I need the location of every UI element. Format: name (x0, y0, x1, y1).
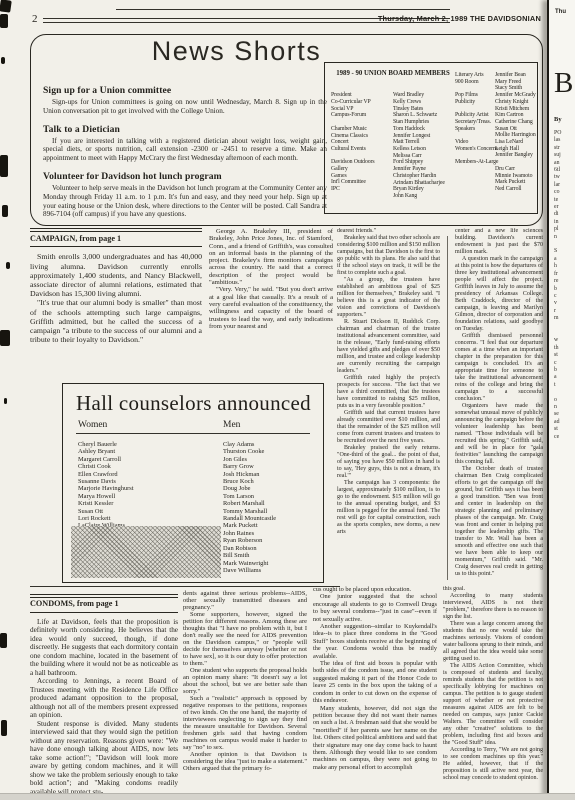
counselor-name: Bill Smith (223, 552, 276, 559)
counselor-name: Kristi Kessler (78, 500, 134, 507)
scan-artifact (1, 57, 5, 64)
news-item: Sign up for a Union committee Sign-ups f… (43, 85, 327, 116)
news-item-body: Volunteer to help serve meals in the Dav… (43, 184, 327, 219)
union-board-title: 1989 - 90 UNION BOARD MEMBERS (331, 68, 455, 92)
counselor-name: Doug Jobe (223, 485, 276, 492)
board-role: President (331, 92, 393, 99)
board-role: Publicity Artist (455, 112, 495, 119)
counselor-name: Bruce Koch (223, 478, 276, 485)
text-fragment (554, 323, 575, 330)
board-role (331, 153, 393, 160)
board-role (455, 179, 495, 186)
adjacent-byline-fragment: By (554, 116, 575, 123)
board-member: Jennifer McGrady (495, 92, 536, 99)
board-member: Christopher Hardin (393, 173, 455, 180)
women-header: Women (78, 420, 107, 430)
paragraph: center and a new life sciences building.… (455, 228, 543, 256)
text-fragment: S (554, 248, 575, 255)
counselor-name: Cheryl Bauerle (78, 441, 134, 448)
counselor-name: Ellen Crawford (78, 471, 134, 478)
board-member: Jennifer Bangley (495, 152, 536, 159)
counselor-name: Robert Marshall (223, 500, 276, 507)
board-member: Mark Puckett (495, 179, 536, 186)
news-shorts-box: News Shorts Sign up for a Union committe… (30, 34, 543, 226)
text-fragment: PO (554, 130, 575, 137)
paragraph: Griffith said that current trustees have… (337, 410, 440, 445)
board-member: Jennifer Bean (495, 72, 536, 79)
paragraph: Another opinion is that Davidson is cons… (183, 751, 307, 772)
text-fragment: er (554, 204, 575, 211)
board-member: Melissa Carr (393, 153, 455, 160)
board-role (455, 186, 495, 193)
paragraph: According to Terry, "We are not going to… (443, 747, 543, 782)
text-fragment: o (554, 397, 575, 404)
paragraph: Another suggestion--similar to Kuykendal… (313, 623, 437, 660)
campaign-article: CAMPAIGN, from page 1 Smith enrolls 3,00… (30, 228, 543, 588)
text-fragment (554, 330, 575, 337)
text-fragment: pl (554, 226, 575, 233)
paragraph: There was a large concern among the stud… (443, 621, 543, 663)
scan-artifact (0, 633, 7, 648)
board-member: Mollie Harrington (495, 132, 536, 139)
board-member: Jennifer Longest (393, 133, 455, 140)
adjacent-headline-fragment: B (554, 67, 575, 100)
paragraph: One junior suggested that the school enc… (313, 593, 437, 623)
condoms-column-4: this goal.According to many students int… (443, 586, 543, 794)
paragraph: this goal. (443, 586, 543, 593)
scan-artifact (6, 262, 10, 269)
union-board-roles-col1: PresidentCo-Curricular VPSocial VPCampus… (331, 92, 393, 210)
condoms-col1-text: Life at Davidson, feels that the proposi… (30, 618, 178, 794)
news-item-body: If you are interested in talking with a … (43, 137, 327, 163)
board-role: Int'l Committee (331, 179, 393, 186)
text-fragment: a (554, 374, 575, 381)
board-member: Dru Carr (495, 166, 536, 173)
hatch-pattern (71, 526, 221, 578)
board-role: Davidson Outdoors (331, 159, 393, 166)
board-member: Lisa LeNard (495, 139, 536, 146)
text-fragment: b (554, 286, 575, 293)
counselor-name: Barry Grow (223, 463, 276, 470)
paragraph: Such a "realistic" approach is opposed b… (183, 695, 307, 751)
board-member: Jennifer Payne (393, 166, 455, 173)
paragraph: According to Jennings, a recent Board of… (30, 677, 178, 720)
board-role: Campus-Forum (331, 112, 393, 119)
condoms-column-1: CONDOMS, from page 1 Life at Davidson, f… (30, 594, 178, 794)
board-member: Kelly Crews (393, 99, 455, 106)
text-fragment: th (554, 345, 575, 352)
scan-artifact (0, 155, 8, 177)
text-fragment: h (554, 263, 575, 270)
board-role (455, 172, 495, 179)
adjacent-column-fragments: POlasstrsujan6tltwlarcoteerdiinplnSahfrr… (554, 130, 575, 441)
union-board-box: 1989 - 90 UNION BOARD MEMBERS PresidentC… (324, 62, 538, 214)
paragraph: Brakeley said that two other schools are… (337, 235, 440, 277)
condoms-article: CONDOMS, from page 1 Life at Davidson, f… (30, 594, 543, 794)
adjacent-date-fragment: Thu (555, 9, 575, 15)
text-fragment: te (554, 197, 575, 204)
news-item-body: Sign-ups for Union committees is going o… (43, 98, 327, 116)
section-divider (30, 586, 340, 587)
board-role (331, 119, 393, 126)
text-fragment: c (554, 360, 575, 367)
board-role: Publicity (455, 99, 495, 106)
paragraph: The AIDS Action Committee, which is comp… (443, 663, 543, 747)
hall-counselors-title: Hall counselors announced (76, 391, 313, 416)
counselor-name: Tommy Marshall (223, 508, 276, 515)
text-fragment: r (554, 308, 575, 315)
text-fragment: b (554, 367, 575, 374)
women-list: Cheryl BauerleAshley BryantMargaret Carr… (78, 441, 134, 530)
board-role: Video (455, 139, 495, 146)
board-role: Gallery (331, 166, 393, 173)
men-list: Clay AdamsThurston CookeJon GilesBarry G… (223, 441, 276, 574)
text-fragment: v (554, 300, 575, 307)
scan-artifact (0, 330, 10, 346)
board-member: Kristi Mitchem (495, 106, 536, 113)
paragraph: The October death of trustee chairman Be… (455, 466, 543, 578)
paragraph: The campaign has 3 components: the large… (337, 480, 440, 536)
paragraph: R. Stuart Dickson II, Ruddick Corp. chai… (337, 319, 440, 375)
board-member: Tinsley Bates (393, 106, 455, 113)
paragraph: One student who supports the proposal ho… (183, 667, 307, 695)
text-fragment (554, 241, 575, 248)
board-role: Games (331, 173, 393, 180)
page-number: 2 (32, 13, 38, 25)
counselor-name: Ryan Roberson (223, 537, 276, 544)
campaign-slug: CAMPAIGN, from page 1 (30, 228, 202, 247)
counselor-name: Tom Larson (223, 493, 276, 500)
scan-artifact (2, 205, 8, 217)
paragraph: George A. Brakeley III, president of Bra… (209, 228, 333, 286)
paragraph: Smith enrolls 3,000 undergraduates and h… (30, 252, 202, 298)
news-shorts-items: Sign up for a Union committee Sign-ups f… (43, 77, 327, 219)
board-role (455, 166, 495, 173)
counselor-name: Josh Hickman (223, 471, 276, 478)
counselor-name: Susanne Davis (78, 478, 134, 485)
board-role: Co-Curricular VP (331, 99, 393, 106)
board-member: Kelless Letson (393, 146, 455, 153)
counselor-name: Dan Robison (223, 545, 276, 552)
board-member: Mary Freed (495, 79, 536, 86)
paragraph: Student response is divided. Many studen… (30, 720, 178, 794)
board-member: Matt Terrell (393, 139, 455, 146)
board-role: Social VP (331, 106, 393, 113)
text-fragment: se (554, 411, 575, 418)
text-fragment: ce (554, 434, 575, 441)
counselor-name: Christi Cook (78, 463, 134, 470)
board-member: Catherine Chang (495, 119, 536, 126)
paragraph: Organizers have made the somewhat unusua… (455, 403, 543, 466)
board-member: Ned Carroll (495, 186, 536, 193)
paragraph: Brakeley praised the early returns. "One… (337, 445, 440, 480)
hall-counselors-headers: Women Men (76, 419, 310, 434)
newspaper-page-scan: 2 Thursday, March 2, 1989 THE DAVIDSONIA… (0, 0, 575, 800)
board-member: Kim Cartron (495, 112, 536, 119)
board-role (455, 106, 495, 113)
counselor-name: Thurston Cooke (223, 448, 276, 455)
campaign-column-1: CAMPAIGN, from page 1 Smith enrolls 3,00… (30, 228, 202, 386)
board-role: Literary Arts (455, 72, 495, 79)
board-member: Stan Humphries (393, 119, 455, 126)
board-role: Chamber Music (331, 126, 393, 133)
board-member: Susan Ott (495, 126, 536, 133)
union-board-names-col1: Ward BradleyKelly CrewsTinsley BatesShar… (393, 92, 455, 210)
paragraph: cus ought to be placed upon education. (313, 586, 437, 593)
scan-artifact (0, 14, 8, 28)
text-fragment: 6tl (554, 167, 575, 174)
counselor-name: Susan Ott (78, 508, 134, 515)
text-fragment: st (554, 352, 575, 359)
counselor-name: Randall Mountcastle (223, 515, 276, 522)
board-member: Bryan Kirtley (393, 186, 455, 193)
campaign-col1-text: Smith enrolls 3,000 undergraduates and h… (30, 252, 202, 344)
scan-edge (0, 793, 575, 800)
news-item-heading: Talk to a Dietician (43, 124, 327, 135)
text-fragment: n (554, 404, 575, 411)
paragraph: dents against three serious problems--AI… (183, 590, 307, 611)
text-fragment: t (554, 382, 575, 389)
counselor-name: Dave Williams (223, 567, 276, 574)
board-member: Arindam Bhattacharjee (393, 180, 455, 187)
text-fragment: w (554, 337, 575, 344)
paragraph: A question mark in the campaign at this … (455, 256, 543, 333)
counselor-name: Jon Giles (223, 456, 276, 463)
text-fragment: in (554, 219, 575, 226)
condoms-slug: CONDOMS, from page 1 (30, 594, 178, 613)
counselor-name: Clay Adams (223, 441, 276, 448)
board-member: Christy Knight (495, 99, 536, 106)
column-rule (447, 236, 448, 580)
scan-artifact (4, 398, 7, 404)
board-member: Tom Haddock (393, 126, 455, 133)
union-board-names-col2: Jennifer BeanMary FreedStacy SmithJennif… (495, 68, 536, 210)
counselor-name: Margaret Carroll (78, 456, 134, 463)
board-role: Speakers (455, 126, 495, 133)
paragraph: "Very. Very," he said. "But you don't ar… (209, 286, 333, 330)
news-item-heading: Sign up for a Union committee (43, 85, 327, 96)
condoms-column-2: dents against three serious problems--AI… (183, 590, 307, 792)
news-item: Volunteer for Davidson hot lunch program… (43, 171, 327, 219)
board-role: Women's Concerns (455, 146, 495, 153)
counselor-name: Marya Howell (78, 493, 134, 500)
text-fragment: st (554, 426, 575, 433)
text-fragment: fr (554, 271, 575, 278)
text-fragment: tw (554, 174, 575, 181)
news-item: Talk to a Dietician If you are intereste… (43, 124, 327, 163)
paragraph: The idea of first aid boxes is popular w… (313, 660, 437, 704)
paragraph: "As a group, the trustees have establish… (337, 277, 440, 319)
text-fragment: co (554, 189, 575, 196)
text-fragment: c (554, 293, 575, 300)
counselor-name: Marjorie Havinghurst (78, 485, 134, 492)
board-role (455, 152, 495, 159)
adjacent-page-edge: Thu B By POlasstrsujan6tltwlarcoteerdiin… (547, 0, 575, 800)
board-role: Concert (331, 139, 393, 146)
counselor-name: John Raines (223, 530, 276, 537)
board-member: John Kang (393, 193, 455, 200)
scan-artifact (1, 720, 7, 736)
board-role: 900 Room (455, 79, 495, 86)
paragraph: Griffith rated highly the project's pros… (337, 375, 440, 410)
news-item-heading: Volunteer for Davidson hot lunch program (43, 171, 327, 182)
counselor-name: Mark Wainwright (223, 560, 276, 567)
board-member: Minnie Iwamoto (495, 173, 536, 180)
text-fragment: di (554, 211, 575, 218)
board-role: Members-At-Large (455, 159, 495, 166)
counselor-name: Mark Puckett (223, 522, 276, 529)
paragraph: Many students, however, did not sign the… (313, 705, 437, 772)
paragraph: Some supporters, however, signed the pet… (183, 611, 307, 667)
text-fragment: re (554, 278, 575, 285)
text-fragment: a (554, 256, 575, 263)
board-role: Pop Films (455, 92, 495, 99)
board-member: Ward Bradley (393, 92, 455, 99)
hall-counselors-box: Hall counselors announced Women Men Cher… (62, 383, 324, 583)
campaign-column-4: center and a new life sciences building.… (455, 228, 543, 584)
board-role (455, 85, 495, 92)
board-role: Cinema Classics (331, 133, 393, 140)
counselor-name: Lori Rockett (78, 515, 134, 522)
board-role: IPC (331, 186, 393, 193)
men-header: Men (223, 420, 240, 430)
paragraph: Life at Davidson, feels that the proposi… (30, 618, 178, 678)
masthead-rule (116, 9, 450, 10)
condoms-column-3: cus ought to be placed upon education.On… (313, 586, 437, 794)
text-fragment (554, 389, 575, 396)
board-role: Cultural Events (331, 146, 393, 153)
union-board-roles-col2: Literary Arts900 RoomPop FilmsPublicityP… (455, 68, 495, 210)
campaign-column-2: George A. Brakeley III, president of Bra… (209, 228, 333, 383)
date-line: Thursday, March 2, 1989 THE DAVIDSONIAN (378, 14, 541, 23)
text-fragment: an (554, 160, 575, 167)
paragraph: dearest friends." (337, 228, 440, 235)
paragraph: According to many students interviewed, … (443, 593, 543, 621)
text-fragment: ad (554, 419, 575, 426)
text-fragment: m (554, 315, 575, 322)
board-role (455, 132, 495, 139)
paragraph: Griffith dismissed personnel concerns. "… (455, 333, 543, 403)
text-fragment: n (554, 234, 575, 241)
counselor-name: Ashley Bryant (78, 448, 134, 455)
board-role: Secretary/Treas. (455, 119, 495, 126)
paragraph: "It's true that our alumni body is small… (30, 298, 202, 344)
board-member: Sharon L. Schwartz (393, 112, 455, 119)
text-fragment: las (554, 137, 575, 144)
text-fragment: str (554, 145, 575, 152)
scan-artifact (0, 0, 12, 13)
board-role (331, 193, 393, 200)
board-member (495, 159, 536, 166)
campaign-column-3: dearest friends."Brakeley said that two … (337, 228, 440, 584)
masthead: 2 Thursday, March 2, 1989 THE DAVIDSONIA… (30, 6, 543, 32)
text-fragment: lar (554, 182, 575, 189)
text-fragment: suj (554, 152, 575, 159)
